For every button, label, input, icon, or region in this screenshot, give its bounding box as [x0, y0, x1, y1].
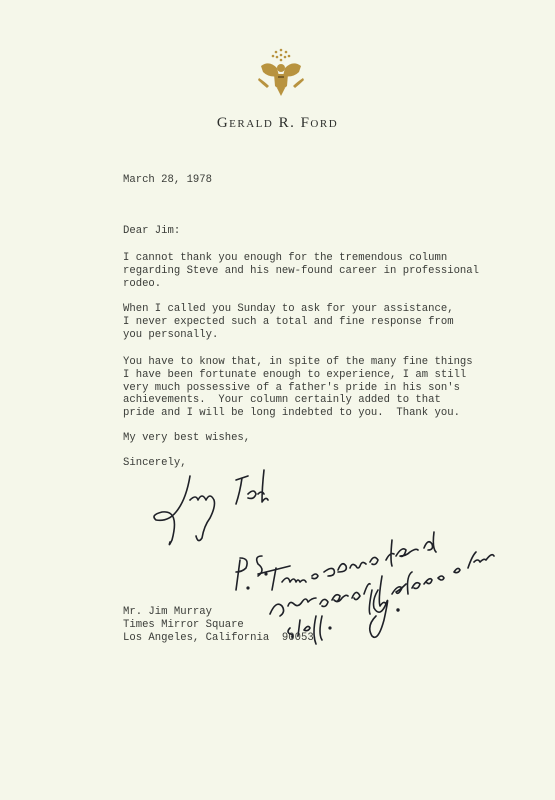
paragraph-2: When I called you Sunday to ask for your… — [123, 303, 454, 341]
letterhead-name: Gerald R. Ford — [0, 115, 555, 132]
recipient-line-3: Los Angeles, California 90053 — [123, 632, 314, 645]
paragraph-1: I cannot thank you enough for the tremen… — [123, 252, 479, 290]
signoff: Sincerely, — [123, 457, 187, 470]
recipient-line-1: Mr. Jim Murray — [123, 606, 314, 619]
presidential-eagle-seal-icon — [255, 44, 307, 102]
recipient-address: Mr. Jim Murray Times Mirror Square Los A… — [123, 606, 314, 644]
paragraph-3: You have to know that, in spite of the m… — [123, 356, 473, 420]
salutation: Dear Jim: — [123, 225, 180, 238]
letter-page: Gerald R. Ford March 28, 1978 Dear Jim: … — [0, 0, 555, 800]
letter-date: March 28, 1978 — [123, 174, 212, 187]
recipient-line-2: Times Mirror Square — [123, 619, 314, 632]
closing: My very best wishes, — [123, 432, 250, 445]
